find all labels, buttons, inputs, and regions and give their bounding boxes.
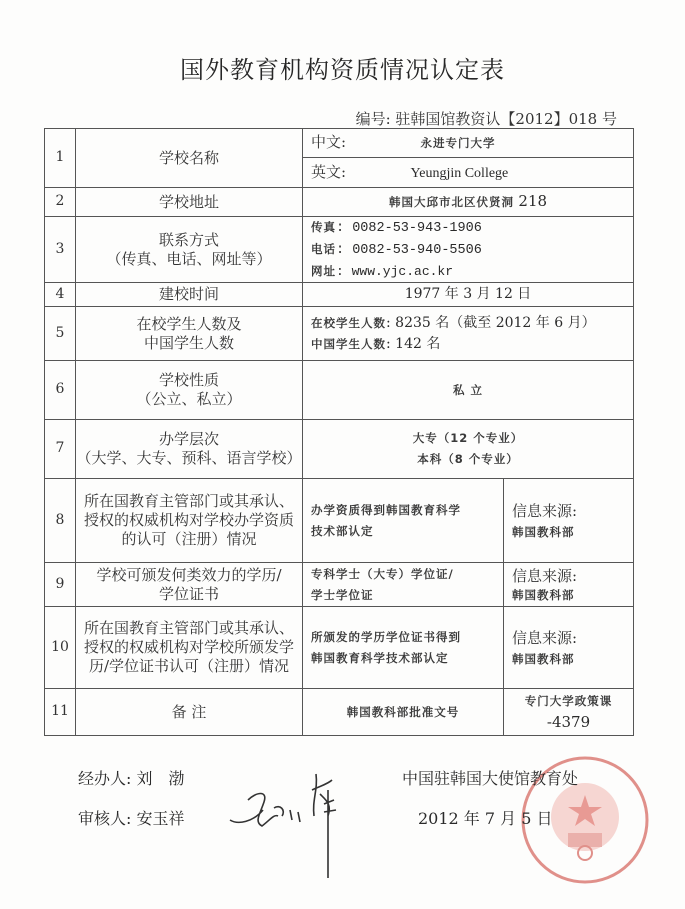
value-line: 所颁发的学历学位证书得到 — [311, 627, 503, 648]
level-line: 本科（8 个专业） — [303, 449, 633, 470]
row-label: 建校时间 — [76, 283, 303, 307]
source-cell: 信息来源: 韩国教科部 — [504, 563, 634, 607]
issue-date: 2012 年 7 月 5 日 — [418, 806, 553, 829]
label-line: 授权的权威机构对学校办学资质 — [76, 511, 302, 530]
fax-value: : 0082-53-943-1906 — [336, 221, 482, 236]
row-label: 办学层次 （大学、大专、预科、语言学校） — [76, 420, 303, 479]
label-line: 办学层次 — [76, 430, 302, 449]
row-label: 学校地址 — [76, 188, 303, 217]
approval-number-cell: 专门大学政策课 -4379 — [504, 689, 634, 736]
value-line: 技术部认定 — [311, 521, 503, 542]
degree-cell: 专科学士（大专）学位证/ 学士学位证 — [303, 563, 504, 607]
table-row: 7 办学层次 （大学、大专、预科、语言学校） 大专（12 个专业） 本科（8 个… — [45, 420, 634, 479]
table-row: 2 学校地址 韩国大邱市北区伏贤洞 218 — [45, 188, 634, 217]
row-label: 备 注 — [76, 689, 303, 736]
row-number: 6 — [45, 361, 76, 420]
remark-value: 韩国教科部批准文号 — [303, 689, 504, 736]
english-name: Yeungjin College — [411, 166, 509, 181]
row-label: 学校性质 （公立、私立） — [76, 361, 303, 420]
table-row: 6 学校性质 （公立、私立） 私 立 — [45, 361, 634, 420]
label-line: （传真、电话、网址等） — [76, 250, 302, 269]
total-students-label: 在校学生人数 — [311, 316, 386, 330]
student-count-cell: 在校学生人数: 8235 名（截至 2012 年 6 月） 中国学生人数: 14… — [303, 307, 634, 361]
label-line: 学校可颁发何类效力的学历/ — [76, 566, 302, 585]
issuing-authority: 中国驻韩国大使馆教育处 — [402, 766, 578, 789]
level-line: 大专（12 个专业） — [303, 428, 633, 449]
source-value: 韩国教科部 — [512, 525, 633, 539]
chinese-students-value: : 142 名 — [386, 336, 440, 352]
source-cell: 信息来源: 韩国教科部 — [504, 479, 634, 563]
label-line: 联系方式 — [76, 231, 302, 250]
approval-number: -4379 — [504, 712, 633, 733]
source-title: 信息来源: — [512, 502, 633, 521]
value-line: 专科学士（大专）学位证/ — [311, 564, 503, 585]
row-number: 2 — [45, 188, 76, 217]
row-label: 所在国教育主管部门或其承认、 授权的权威机构对学校所颁发学 历/学位证书认可（注… — [76, 607, 303, 689]
table-row: 3 联系方式 （传真、电话、网址等） 传真: 0082-53-943-1906 … — [45, 217, 634, 283]
phone-label: 电话 — [311, 242, 336, 256]
table-row: 5 在校学生人数及 中国学生人数 在校学生人数: 8235 名（截至 2012 … — [45, 307, 634, 361]
source-title: 信息来源: — [512, 567, 633, 586]
total-students-value: : 8235 名（截至 2012 年 6 月） — [386, 315, 596, 331]
source-value: 韩国教科部 — [512, 588, 633, 602]
chinese-name: 永进专门大学 — [421, 136, 496, 150]
document-title: 国外教育机构资质情况认定表 — [0, 50, 685, 85]
row-number: 7 — [45, 420, 76, 479]
website-value: : www.yjc.ac.kr — [336, 264, 453, 279]
reviewer-signature — [228, 770, 348, 880]
row-number: 3 — [45, 217, 76, 283]
label-line: 中国学生人数 — [76, 334, 302, 353]
label-line: 的认可（注册）情况 — [76, 530, 302, 549]
address-cell: 韩国大邱市北区伏贤洞 218 — [303, 188, 634, 217]
row-label: 学校可颁发何类效力的学历/ 学位证书 — [76, 563, 303, 607]
chinese-name-cell: 中文: 永进专门大学 — [303, 129, 634, 158]
row-label: 联系方式 （传真、电话、网址等） — [76, 217, 303, 283]
row-number: 11 — [45, 689, 76, 736]
document-number: 编号: 驻韩国馆教资认【2012】018 号 — [356, 108, 617, 129]
reviewer-name: 审核人: 安玉祥 — [78, 806, 184, 829]
label-line: 在校学生人数及 — [76, 315, 302, 334]
label-line: 所在国教育主管部门或其承认、 — [76, 492, 302, 511]
table-row: 4 建校时间 1977 年 3 月 12 日 — [45, 283, 634, 307]
qualification-table: 1 学校名称 中文: 永进专门大学 英文: Yeungjin College 2… — [44, 128, 634, 736]
education-levels: 大专（12 个专业） 本科（8 个专业） — [303, 420, 634, 479]
chinese-prefix: 中文: — [311, 133, 346, 151]
table-row: 10 所在国教育主管部门或其承认、 授权的权威机构对学校所颁发学 历/学位证书认… — [45, 607, 634, 689]
value-line: 学士学位证 — [311, 585, 503, 606]
row-label: 在校学生人数及 中国学生人数 — [76, 307, 303, 361]
source-title: 信息来源: — [512, 629, 633, 648]
label-line: 授权的权威机构对学校所颁发学 — [76, 638, 302, 657]
english-name-cell: 英文: Yeungjin College — [303, 158, 634, 188]
table-row: 1 学校名称 中文: 永进专门大学 — [45, 129, 634, 158]
approval-dept: 专门大学政策课 — [504, 691, 633, 712]
label-line: 所在国教育主管部门或其承认、 — [76, 619, 302, 638]
founded-date: 1977 年 3 月 12 日 — [303, 283, 634, 307]
source-cell: 信息来源: 韩国教科部 — [504, 607, 634, 689]
row-number: 1 — [45, 129, 76, 188]
label-line: （公立、私立） — [76, 390, 302, 409]
value-line: 办学资质得到韩国教育科学 — [311, 500, 503, 521]
label-line: 历/学位证书认可（注册）情况 — [76, 657, 302, 676]
contact-cell: 传真: 0082-53-943-1906 电话: 0082-53-940-550… — [303, 217, 634, 283]
source-value: 韩国教科部 — [512, 652, 633, 666]
row-number: 9 — [45, 563, 76, 607]
row-number: 8 — [45, 479, 76, 563]
label-line: 学位证书 — [76, 585, 302, 604]
row-number: 4 — [45, 283, 76, 307]
address-number: 218 — [518, 192, 547, 210]
fax-label: 传真 — [311, 220, 336, 234]
row-label: 学校名称 — [76, 129, 303, 188]
table-row: 8 所在国教育主管部门或其承认、 授权的权威机构对学校办学资质 的认可（注册）情… — [45, 479, 634, 563]
label-line: （大学、大专、预科、语言学校） — [76, 449, 302, 468]
certificate-recognition-cell: 所颁发的学历学位证书得到 韩国教育科学技术部认定 — [303, 607, 504, 689]
table-row: 9 学校可颁发何类效力的学历/ 学位证书 专科学士（大专）学位证/ 学士学位证 … — [45, 563, 634, 607]
school-type: 私 立 — [303, 361, 634, 420]
row-number: 10 — [45, 607, 76, 689]
english-prefix: 英文: — [311, 163, 346, 181]
handler-name: 经办人: 刘 渤 — [78, 766, 184, 789]
table-row: 11 备 注 韩国教科部批准文号 专门大学政策课 -4379 — [45, 689, 634, 736]
website-label: 网址 — [311, 264, 336, 278]
address-text: 韩国大邱市北区伏贤洞 — [389, 195, 514, 209]
chinese-students-label: 中国学生人数 — [311, 337, 386, 351]
phone-value: : 0082-53-940-5506 — [336, 243, 482, 258]
value-line: 韩国教育科学技术部认定 — [311, 648, 503, 669]
row-label: 所在国教育主管部门或其承认、 授权的权威机构对学校办学资质 的认可（注册）情况 — [76, 479, 303, 563]
row-number: 5 — [45, 307, 76, 361]
accreditation-cell: 办学资质得到韩国教育科学 技术部认定 — [303, 479, 504, 563]
label-line: 学校性质 — [76, 371, 302, 390]
